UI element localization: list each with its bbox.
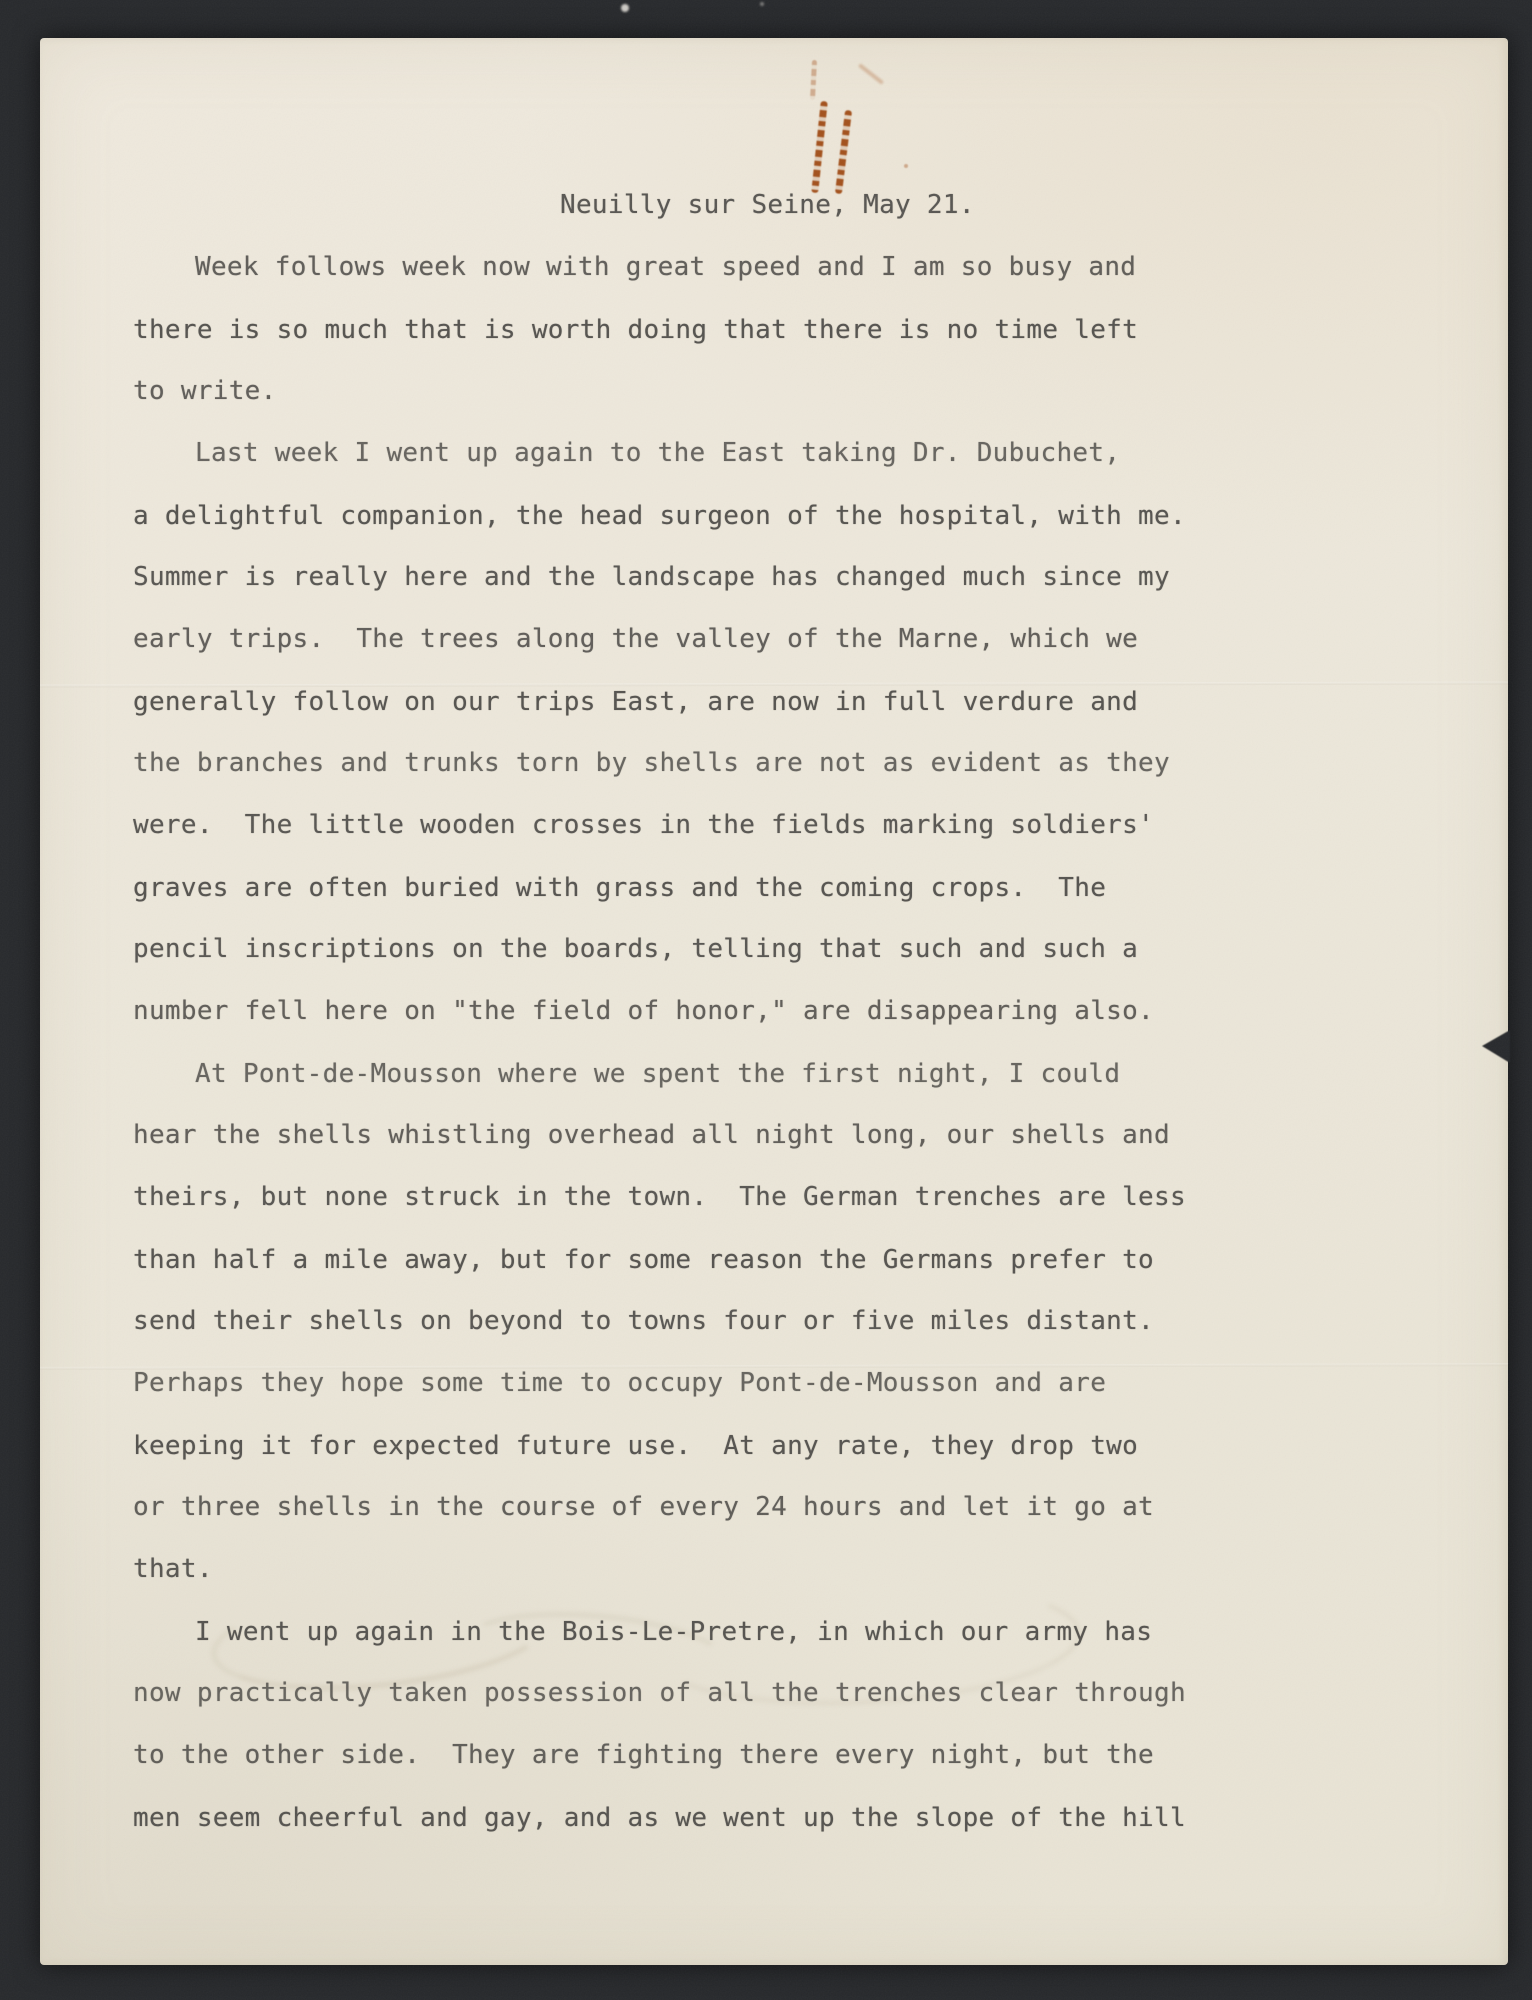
letter-line: graves are often buried with grass and t… [133, 857, 1186, 919]
letter-line: number fell here on "the field of honor,… [133, 980, 1186, 1042]
letter-line: Week follows week now with great speed a… [133, 236, 1186, 298]
letter-line: to write. [133, 360, 1186, 422]
ink-smudge [810, 60, 817, 100]
letter-line: send their shells on beyond to towns fou… [133, 1290, 1186, 1352]
letter-line: a delightful companion, the head surgeon… [133, 485, 1186, 547]
letter-line: keeping it for expected future use. At a… [133, 1415, 1186, 1477]
ink-smudge [858, 63, 884, 85]
letter-line: I went up again in the Bois-Le-Pretre, i… [133, 1601, 1186, 1663]
letter-line: men seem cheerful and gay, and as we wen… [133, 1787, 1186, 1849]
letter-line: Summer is really here and the landscape … [133, 546, 1186, 608]
letter-line: than half a mile away, but for some reas… [133, 1229, 1186, 1291]
letter-body: Neuilly sur Seine, May 21.Week follows w… [133, 174, 1186, 1848]
letter-line: that. [133, 1538, 1186, 1600]
torn-edge-notch [1482, 1030, 1510, 1063]
dust-speck [760, 2, 764, 6]
letter-page: Neuilly sur Seine, May 21.Week follows w… [40, 38, 1508, 1965]
letter-line: there is so much that is worth doing tha… [133, 299, 1186, 361]
letter-line: Last week I went up again to the East ta… [133, 422, 1186, 484]
ink-stroke [835, 110, 852, 194]
letter-line: Perhaps they hope some time to occupy Po… [133, 1352, 1186, 1414]
ink-speck [904, 164, 908, 168]
scan-background: Neuilly sur Seine, May 21.Week follows w… [0, 0, 1532, 2000]
letter-line: hear the shells whistling overhead all n… [133, 1104, 1186, 1166]
letter-line: At Pont-de-Mousson where we spent the fi… [133, 1043, 1186, 1105]
letter-line: or three shells in the course of every 2… [133, 1476, 1186, 1538]
letter-line: early trips. The trees along the valley … [133, 608, 1186, 670]
letter-line: now practically taken possession of all … [133, 1662, 1186, 1724]
letter-line: the branches and trunks torn by shells a… [133, 732, 1186, 794]
letter-line: theirs, but none struck in the town. The… [133, 1166, 1186, 1228]
letter-line: to the other side. They are fighting the… [133, 1724, 1186, 1786]
dust-speck [621, 4, 629, 12]
letter-line: pencil inscriptions on the boards, telli… [133, 918, 1186, 980]
handwritten-page-number [778, 58, 888, 198]
ink-stroke [811, 101, 828, 193]
letter-line: generally follow on our trips East, are … [133, 671, 1186, 733]
letter-line: were. The little wooden crosses in the f… [133, 794, 1186, 856]
letter-dateline: Neuilly sur Seine, May 21. [133, 174, 1186, 236]
